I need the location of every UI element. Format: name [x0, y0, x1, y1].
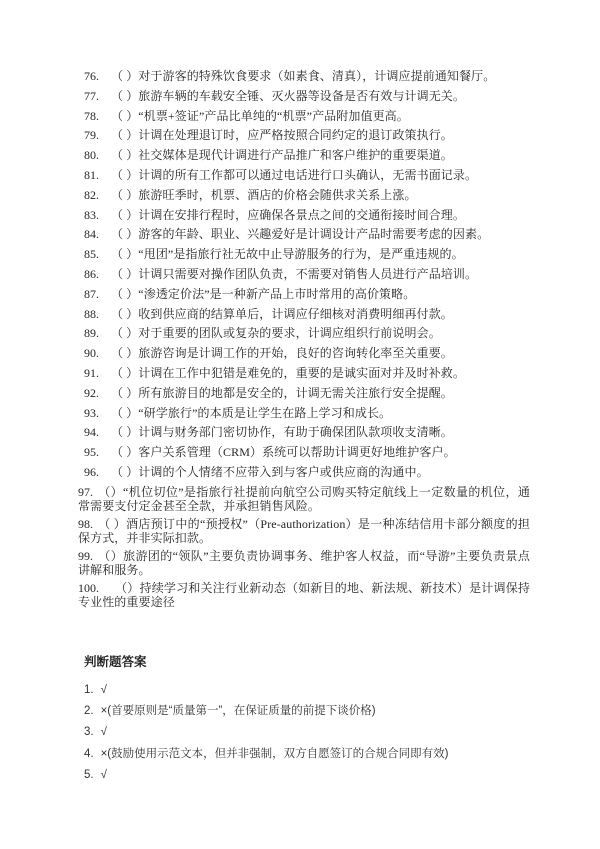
question-text: （）持续学习和关注行业新动态（如新目的地、新法规、新技术）是计调保持专业性的重要… [78, 581, 530, 609]
question-number: 95. [84, 446, 99, 460]
question-number: 87. [84, 288, 99, 302]
question-item: 96.（ ）计调的个人情绪不应带入到与客户或供应商的沟通中。 [78, 466, 530, 480]
answer-list: 1.√ 2.×(首要原则是“质量第一”，在保证质量的前提下谈价格) 3.√ 4.… [78, 684, 530, 783]
answers-heading: 判断题答案 [78, 652, 530, 670]
question-text: （ ）对于重要的团队或复杂的要求，计调应组织行前说明会。 [111, 326, 441, 340]
question-number: 90. [84, 347, 99, 361]
question-text: （ ）对于游客的特殊饮食要求（如素食、清真），计调应提前通知餐厅。 [111, 69, 495, 83]
answer-text: √ [101, 726, 107, 738]
question-item: 92.（ ）所有旅游目的地都是安全的，计调无需关注旅行安全提醒。 [78, 387, 530, 401]
question-number: 80. [84, 149, 99, 163]
question-item: 87.（ ）“渗透定价法”是一种新产品上市时常用的高价策略。 [78, 288, 530, 302]
question-text: （ ）计调在安排行程时，应确保各景点之间的交通衔接时间合理。 [111, 208, 465, 222]
question-item: 76.（ ）对于游客的特殊饮食要求（如素食、清真），计调应提前通知餐厅。 [78, 70, 530, 84]
question-item: 81.（ ）计调的所有工作都可以通过电话进行口头确认，无需书面记录。 [78, 169, 530, 183]
answer-item: 1.√ [78, 684, 530, 698]
question-item: 89.（ ）对于重要的团队或复杂的要求，计调应组织行前说明会。 [78, 327, 530, 341]
question-item: 77.（ ）旅游车辆的车载安全锤、灭火器等设备是否有效与计调无关。 [78, 90, 530, 104]
question-item: 95.（ ）客户关系管理（CRM）系统可以帮助计调更好地维护客户。 [78, 446, 530, 460]
question-number: 93. [84, 407, 99, 421]
question-number: 99. [78, 549, 93, 563]
question-text: （ ）游客的年龄、职业、兴趣爱好是计调设计产品时需要考虑的因素。 [111, 227, 489, 241]
answer-number: 5. [84, 769, 94, 783]
question-text: （ ）计调的所有工作都可以通过电话进行口头确认，无需书面记录。 [111, 168, 477, 182]
question-number: 94. [84, 426, 99, 440]
question-number: 81. [84, 169, 99, 183]
question-number: 76. [84, 70, 99, 84]
true-false-question-list: 76.（ ）对于游客的特殊饮食要求（如素食、清真），计调应提前通知餐厅。 77.… [78, 70, 530, 610]
question-item: 85.（ ）“甩团”是指旅行社无故中止导游服务的行为，是严重违规的。 [78, 248, 530, 262]
question-item: 79.（ ）计调在处理退订时，应严格按照合同约定的退订政策执行。 [78, 129, 530, 143]
question-item: 93.（ ）“研学旅行”的本质是让学生在路上学习和成长。 [78, 407, 530, 421]
question-text: （ ）计调在处理退订时，应严格按照合同约定的退订政策执行。 [111, 128, 453, 142]
question-number: 84. [84, 228, 99, 242]
question-item: 98.（ ）酒店预订中的“预授权”（Pre-authorization）是一种冻… [78, 518, 530, 546]
question-number: 78. [84, 110, 99, 124]
question-number: 91. [84, 367, 99, 381]
question-number: 79. [84, 129, 99, 143]
question-number: 88. [84, 308, 99, 322]
question-item: 88.（ ）收到供应商的结算单后，计调应仔细核对消费明细再付款。 [78, 308, 530, 322]
answer-number: 3. [84, 726, 94, 740]
question-text: （ ）收到供应商的结算单后，计调应仔细核对消费明细再付款。 [111, 307, 453, 321]
question-text: （ ）所有旅游目的地都是安全的，计调无需关注旅行安全提醒。 [111, 386, 453, 400]
question-text: （ ）计调只需要对操作团队负责，不需要对销售人员进行产品培训。 [111, 267, 477, 281]
question-item: 84.（ ）游客的年龄、职业、兴趣爱好是计调设计产品时需要考虑的因素。 [78, 228, 530, 242]
question-number: 85. [84, 248, 99, 262]
question-item: 90.（ ）旅游咨询是计调工作的开始，良好的咨询转化率至关重要。 [78, 347, 530, 361]
answer-number: 1. [84, 684, 94, 698]
document-page: 76.（ ）对于游客的特殊饮食要求（如素食、清真），计调应提前通知餐厅。 77.… [0, 0, 600, 849]
answer-text: ×(鼓励使用示范文本，但并非强制，双方自愿签订的合规合同即有效) [101, 748, 449, 760]
question-number: 86. [84, 268, 99, 282]
question-text: （）“机位切位”是指旅行社提前向航空公司购买特定航线上一定数量的机位，通常需要支… [78, 485, 530, 513]
answer-item: 4.×(鼓励使用示范文本，但并非强制，双方自愿签订的合规合同即有效) [78, 748, 530, 762]
question-number: 98. [78, 517, 93, 531]
question-text: （ ）计调的个人情绪不应带入到与客户或供应商的沟通中。 [111, 465, 429, 479]
question-text: （ ）酒店预订中的“预授权”（Pre-authorization）是一种冻结信用… [78, 517, 530, 545]
question-text: （ ）“研学旅行”的本质是让学生在路上学习和成长。 [111, 406, 391, 420]
question-text: （ ）“甩团”是指旅行社无故中止导游服务的行为，是严重违规的。 [111, 247, 464, 261]
question-number: 89. [84, 327, 99, 341]
question-text: （ ）客户关系管理（CRM）系统可以帮助计调更好地维护客户。 [111, 445, 456, 459]
question-text: （ ）旅游车辆的车载安全锤、灭火器等设备是否有效与计调无关。 [111, 89, 465, 103]
answer-text: ×(首要原则是“质量第一”，在保证质量的前提下谈价格) [101, 705, 376, 717]
question-item: 80.（ ）社交媒体是现代计调进行产品推广和客户维护的重要渠道。 [78, 149, 530, 163]
question-number: 97. [78, 485, 93, 499]
question-number: 82. [84, 189, 99, 203]
question-number: 100. [78, 581, 99, 595]
question-text: （ ）社交媒体是现代计调进行产品推广和客户维护的重要渠道。 [111, 148, 453, 162]
answer-item: 2.×(首要原则是“质量第一”，在保证质量的前提下谈价格) [78, 705, 530, 719]
question-text: （ ）“渗透定价法”是一种新产品上市时常用的高价策略。 [111, 287, 415, 301]
question-item: 97.（）“机位切位”是指旅行社提前向航空公司购买特定航线上一定数量的机位，通常… [78, 486, 530, 514]
question-text: （ ）“机票+签证”产品比单纯的“机票”产品附加值更高。 [111, 109, 409, 123]
answer-number: 4. [84, 748, 94, 762]
document-content: 76.（ ）对于游客的特殊饮食要求（如素食、清真），计调应提前通知餐厅。 77.… [78, 70, 530, 790]
question-item: 86.（ ）计调只需要对操作团队负责，不需要对销售人员进行产品培训。 [78, 268, 530, 282]
question-text: （）旅游团的“领队”主要负责协调事务、维护客人权益，而“导游”主要负责景点讲解和… [78, 549, 530, 577]
question-number: 96. [84, 466, 99, 480]
question-item: 78.（ ）“机票+签证”产品比单纯的“机票”产品附加值更高。 [78, 110, 530, 124]
question-item: 83.（ ）计调在安排行程时，应确保各景点之间的交通衔接时间合理。 [78, 209, 530, 223]
question-number: 92. [84, 387, 99, 401]
answer-item: 3.√ [78, 726, 530, 740]
question-item: 91.（ ）计调在工作中犯错是难免的，重要的是诚实面对并及时补救。 [78, 367, 530, 381]
question-item: 99.（）旅游团的“领队”主要负责协调事务、维护客人权益，而“导游”主要负责景点… [78, 550, 530, 578]
question-text: （ ）计调与财务部门密切协作，有助于确保团队款项收支清晰。 [111, 425, 453, 439]
answer-text: √ [101, 769, 107, 781]
answer-text: √ [101, 684, 107, 696]
answer-item: 5.√ [78, 769, 530, 783]
answers-section: 判断题答案 1.√ 2.×(首要原则是“质量第一”，在保证质量的前提下谈价格) … [78, 652, 530, 783]
question-text: （ ）旅游旺季时，机票、酒店的价格会随供求关系上涨。 [111, 188, 417, 202]
question-item: 100.（）持续学习和关注行业新动态（如新目的地、新法规、新技术）是计调保持专业… [78, 582, 530, 610]
answer-number: 2. [84, 705, 94, 719]
question-text: （ ）旅游咨询是计调工作的开始，良好的咨询转化率至关重要。 [111, 346, 453, 360]
question-number: 83. [84, 209, 99, 223]
question-text: （ ）计调在工作中犯错是难免的，重要的是诚实面对并及时补救。 [111, 366, 465, 380]
question-number: 77. [84, 90, 99, 104]
question-item: 94.（ ）计调与财务部门密切协作，有助于确保团队款项收支清晰。 [78, 426, 530, 440]
question-item: 82.（ ）旅游旺季时，机票、酒店的价格会随供求关系上涨。 [78, 189, 530, 203]
